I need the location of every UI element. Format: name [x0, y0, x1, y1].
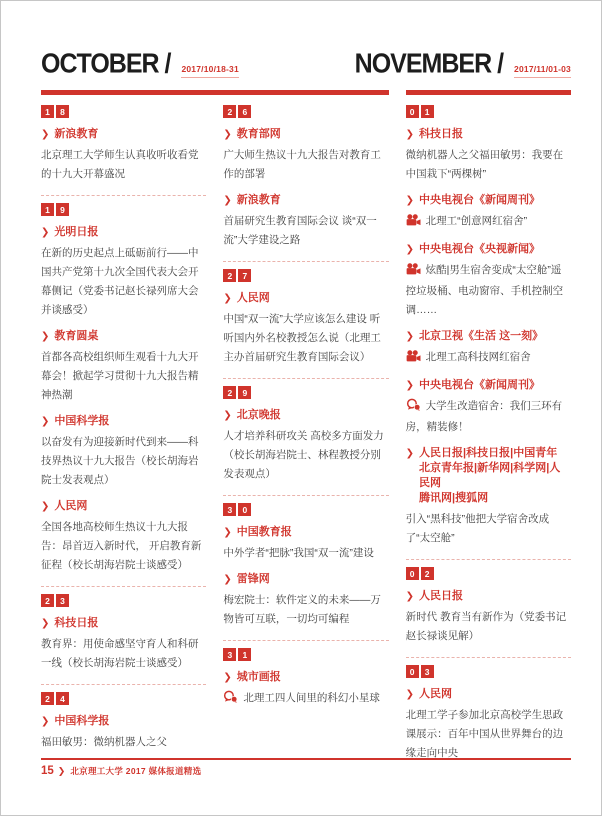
date-badge: 2 3: [41, 594, 206, 607]
october-title: OCTOBER /: [41, 51, 170, 79]
report-entry: 1 9 ❯ 光明日报 在新的历史起点上砥砺前行——中国共产党第十九次全国代表大会…: [41, 203, 206, 320]
report-title: 福田敏男：微纳机器人之父: [41, 733, 206, 752]
october-rule: [41, 90, 389, 95]
month-headers: OCTOBER / 2017/10/18-31 NOVEMBER / 2017/…: [41, 53, 571, 78]
report-entry: 1 8 ❯ 新浪教育 北京理工大学师生认真收听收看党的十九大开幕盛况: [41, 105, 206, 184]
video-camera-icon: [406, 214, 421, 233]
date-digit: 7: [238, 269, 251, 282]
report-title: 梅宏院士：软件定义的未来——万物皆可互联，一切均可编程: [223, 591, 388, 629]
report-entry: ❯ 人民日报|科技日报|中国青年 北京青年报|新华网|科学网|人民网 腾讯网|搜…: [406, 446, 571, 548]
date-digit: 0: [238, 503, 251, 516]
date-digit: 2: [223, 105, 236, 118]
source-name: 科技日报: [54, 616, 98, 631]
chevron-icon: ❯: [41, 414, 49, 429]
report-title: 北京理工大学师生认真收听收看党的十九大开幕盛况: [41, 146, 206, 184]
report-title: 首都各高校组织师生观看十九大开幕会！掀起学习贯彻十九大报告精神热潮: [41, 348, 206, 405]
chevron-icon: ❯: [406, 242, 414, 257]
chevron-icon: ❯: [406, 589, 414, 604]
date-digit: 9: [56, 203, 69, 216]
date-digit: 4: [56, 692, 69, 705]
column-october-1: 1 8 ❯ 新浪教育 北京理工大学师生认真收听收看党的十九大开幕盛况 1 9: [41, 103, 206, 760]
report-entry: 2 9 ❯ 北京晚报 人才培养科研攻关 高校多方面发力（校长胡海岩院士、林程教授…: [223, 386, 388, 484]
entry-separator: [406, 559, 571, 560]
source-label: ❯ 中国科学报: [41, 414, 206, 429]
date-digit: 1: [41, 105, 54, 118]
source-label: ❯ 新浪教育: [41, 127, 206, 142]
entry-separator: [223, 640, 388, 641]
source-label: ❯ 人民日报|科技日报|中国青年 北京青年报|新华网|科学网|人民网 腾讯网|搜…: [406, 446, 571, 506]
chevron-icon: ❯: [41, 616, 49, 631]
header-rules: [41, 90, 571, 95]
date-badge: 3 1: [223, 648, 388, 661]
video-camera-icon: [406, 350, 421, 369]
source-name: 人民日报: [419, 589, 463, 604]
report-entry: 2 7 ❯ 人民网 中国“双一流”大学应该怎么建设 听听国内外名校教授怎么说（北…: [223, 269, 388, 367]
report-entry: 3 0 ❯ 中国教育报 中外学者“把脉”我国“双一流”建设: [223, 503, 388, 563]
magazine-page: OCTOBER / 2017/10/18-31 NOVEMBER / 2017/…: [0, 0, 602, 816]
speech-bubbles-icon: [406, 398, 421, 418]
source-name: 中国科学报: [54, 714, 109, 729]
date-digit: 3: [421, 665, 434, 678]
report-title: 教育界：用使命感坚守育人和科研一线（校长胡海岩院士谈感受）: [41, 635, 206, 673]
report-entry: 0 1 ❯ 科技日报 微纳机器人之父福田敏男：我要在中国栽下“两棵树”: [406, 105, 571, 184]
report-title: 首届研究生教育国际会议 谈“双一流”大学建设之路: [223, 212, 388, 250]
date-badge: 2 7: [223, 269, 388, 282]
chevron-icon: ❯: [41, 127, 49, 142]
source-name: 城市画报: [237, 670, 281, 685]
source-name: 中央电视台《新闻周刊》: [419, 378, 540, 393]
date-badge: 1 9: [41, 203, 206, 216]
date-badge: 1 8: [41, 105, 206, 118]
report-title-text: 北理工四人间里的科幻小星球: [243, 692, 380, 704]
chevron-icon: ❯: [58, 766, 66, 777]
date-badge: 2 4: [41, 692, 206, 705]
date-digit: 2: [223, 269, 236, 282]
entry-separator: [223, 261, 388, 262]
date-badge: 3 0: [223, 503, 388, 516]
report-title: 引入“黑科技”他把大学宿舍改成了“太空舱”: [406, 510, 571, 548]
date-digit: 2: [41, 594, 54, 607]
source-name: 人民网: [419, 687, 452, 702]
source-label: ❯ 中国科学报: [41, 714, 206, 729]
video-camera-icon: [406, 263, 421, 282]
date-digit: 1: [421, 105, 434, 118]
source-label: ❯ 中国教育报: [223, 525, 388, 540]
source-label: ❯ 光明日报: [41, 225, 206, 240]
chevron-icon: ❯: [406, 127, 414, 142]
chevron-icon: ❯: [41, 329, 49, 344]
report-entry: ❯ 中国科学报 以奋发有为迎接新时代到来——科技界热议十九大报告（校长胡海岩院士…: [41, 414, 206, 490]
chevron-icon: ❯: [406, 378, 414, 393]
source-name: 雷锋网: [237, 572, 270, 587]
date-badge: 0 2: [406, 567, 571, 580]
source-line: 腾讯网|搜狐网: [419, 491, 571, 506]
report-title: 全国各地高校师生热议十九大报告：昂首迈入新时代， 开启教育新征程（校长胡海岩院士…: [41, 518, 206, 575]
report-entry: ❯ 中央电视台《央视新闻》 炫酷|男生宿舍变成“太空舱”遥控垃圾桶、电动窗帘、手…: [406, 242, 571, 320]
source-name: 北京晚报: [237, 408, 281, 423]
entry-separator: [41, 195, 206, 196]
chevron-icon: ❯: [406, 687, 414, 702]
report-title: 微纳机器人之父福田敏男：我要在中国栽下“两棵树”: [406, 146, 571, 184]
source-label: ❯ 中央电视台《新闻周刊》: [406, 193, 571, 208]
report-entry: 0 2 ❯ 人民日报 新时代 教育当有新作为（党委书记赵长禄谈见解）: [406, 567, 571, 646]
date-digit: 0: [406, 567, 419, 580]
source-name: 科技日报: [419, 127, 463, 142]
source-name: 中国科学报: [54, 414, 109, 429]
report-title: 炫酷|男生宿舍变成“太空舱”遥控垃圾桶、电动窗帘、手机控制空调……: [406, 261, 571, 320]
date-digit: 1: [238, 648, 251, 661]
report-title: 北理工“创意网红宿舍”: [406, 212, 571, 233]
report-title-text: 北理工高科技网红宿舍: [426, 351, 531, 363]
chevron-icon: ❯: [223, 670, 231, 685]
chevron-icon: ❯: [223, 525, 231, 540]
source-name: 教育圆桌: [54, 329, 98, 344]
report-entry: ❯ 中央电视台《新闻周刊》 北理工“创意网红宿舍”: [406, 193, 571, 233]
report-title-text: 炫酷|男生宿舍变成“太空舱”遥控垃圾桶、电动窗帘、手机控制空调……: [406, 264, 564, 316]
report-entry: ❯ 中央电视台《新闻周刊》 大学生改造宿舍：我们三环有房，精装修！: [406, 378, 571, 437]
report-title-text: 北理工“创意网红宿舍”: [426, 215, 528, 227]
date-digit: 2: [223, 386, 236, 399]
source-label: ❯ 中央电视台《央视新闻》: [406, 242, 571, 257]
date-digit: 9: [238, 386, 251, 399]
source-name: 光明日报: [54, 225, 98, 240]
source-name: 中国教育报: [237, 525, 292, 540]
page-footer: 15 ❯ 北京理工大学 2017 媒体报道精选: [41, 758, 571, 777]
date-digit: 3: [56, 594, 69, 607]
october-header: OCTOBER / 2017/10/18-31: [41, 53, 338, 78]
source-name: 中央电视台《央视新闻》: [419, 242, 540, 257]
chevron-icon: ❯: [41, 499, 49, 514]
november-date-range: 2017/11/01-03: [514, 64, 571, 78]
chevron-icon: ❯: [406, 193, 414, 208]
source-line: 人民日报|科技日报|中国青年: [419, 446, 571, 461]
entry-separator: [41, 586, 206, 587]
chevron-icon: ❯: [223, 291, 231, 306]
report-entry: ❯ 北京卫视《生活 这一刻》 北理工高科技网红宿舍: [406, 329, 571, 369]
source-label: ❯ 人民网: [41, 499, 206, 514]
report-title: 在新的历史起点上砥砺前行——中国共产党第十九次全国代表大会开幕侧记（党委书记赵长…: [41, 244, 206, 320]
report-title: 广大师生热议十九大报告对教育工作的部署: [223, 146, 388, 184]
source-name: 人民网: [237, 291, 270, 306]
report-entry: ❯ 雷锋网 梅宏院士：软件定义的未来——万物皆可互联，一切均可编程: [223, 572, 388, 629]
source-label: ❯ 人民网: [406, 687, 571, 702]
source-label: ❯ 人民网: [223, 291, 388, 306]
report-title: 大学生改造宿舍：我们三环有房，精装修！: [406, 397, 571, 437]
source-label: ❯ 教育部网: [223, 127, 388, 142]
report-title: 北理工四人间里的科幻小星球: [223, 689, 388, 710]
column-october-2: 2 6 ❯ 教育部网 广大师生热议十九大报告对教育工作的部署 ❯ 新浪教育 首届…: [223, 103, 388, 718]
report-title: 新时代 教育当有新作为（党委书记赵长禄谈见解）: [406, 608, 571, 646]
source-name: 新浪教育: [54, 127, 98, 142]
date-digit: 3: [223, 503, 236, 516]
entry-separator: [406, 657, 571, 658]
source-label: ❯ 城市画报: [223, 670, 388, 685]
chevron-icon: ❯: [41, 714, 49, 729]
report-entry: ❯ 教育圆桌 首都各高校组织师生观看十九大开幕会！掀起学习贯彻十九大报告精神热潮: [41, 329, 206, 405]
report-title: 北理工高科技网红宿舍: [406, 348, 571, 369]
report-title: 人才培养科研攻关 高校多方面发力（校长胡海岩院士、林程教授分别发表观点）: [223, 427, 388, 484]
entry-separator: [223, 378, 388, 379]
date-digit: 1: [41, 203, 54, 216]
chevron-icon: ❯: [223, 127, 231, 142]
entry-separator: [223, 495, 388, 496]
report-entry: ❯ 人民网 全国各地高校师生热议十九大报告：昂首迈入新时代， 开启教育新征程（校…: [41, 499, 206, 575]
page-content: OCTOBER / 2017/10/18-31 NOVEMBER / 2017/…: [41, 53, 571, 771]
source-line: 北京青年报|新华网|科学网|人民网: [419, 461, 571, 491]
source-name: 人民日报|科技日报|中国青年 北京青年报|新华网|科学网|人民网 腾讯网|搜狐网: [419, 446, 571, 506]
source-label: ❯ 科技日报: [41, 616, 206, 631]
chevron-icon: ❯: [41, 225, 49, 240]
source-label: ❯ 北京卫视《生活 这一刻》: [406, 329, 571, 344]
date-digit: 2: [41, 692, 54, 705]
source-label: ❯ 中央电视台《新闻周刊》: [406, 378, 571, 393]
date-digit: 8: [56, 105, 69, 118]
november-title: NOVEMBER /: [355, 51, 503, 79]
date-badge: 0 3: [406, 665, 571, 678]
report-entry: 2 6 ❯ 教育部网 广大师生热议十九大报告对教育工作的部署: [223, 105, 388, 184]
chevron-icon: ❯: [223, 572, 231, 587]
report-entry: 2 3 ❯ 科技日报 教育界：用使命感坚守育人和科研一线（校长胡海岩院士谈感受）: [41, 594, 206, 673]
report-title: 中国“双一流”大学应该怎么建设 听听国内外名校教授怎么说（北理工主办首届研究生教…: [223, 310, 388, 367]
column-november: 0 1 ❯ 科技日报 微纳机器人之父福田敏男：我要在中国栽下“两棵树” ❯ 中央…: [406, 103, 571, 771]
date-digit: 0: [406, 665, 419, 678]
chevron-icon: ❯: [406, 446, 414, 506]
date-badge: 0 1: [406, 105, 571, 118]
november-header: NOVEMBER / 2017/11/01-03: [355, 53, 571, 78]
report-title: 中外学者“把脉”我国“双一流”建设: [223, 544, 388, 563]
source-label: ❯ 科技日报: [406, 127, 571, 142]
report-entry: 2 4 ❯ 中国科学报 福田敏男：微纳机器人之父: [41, 692, 206, 752]
source-label: ❯ 教育圆桌: [41, 329, 206, 344]
source-label: ❯ 北京晚报: [223, 408, 388, 423]
chevron-icon: ❯: [223, 408, 231, 423]
source-name: 人民网: [54, 499, 87, 514]
date-digit: 6: [238, 105, 251, 118]
date-badge: 2 9: [223, 386, 388, 399]
report-title: 以奋发有为迎接新时代到来——科技界热议十九大报告（校长胡海岩院士发表观点）: [41, 433, 206, 490]
report-columns: 1 8 ❯ 新浪教育 北京理工大学师生认真收听收看党的十九大开幕盛况 1 9: [41, 103, 571, 771]
report-entry: 0 3 ❯ 人民网 北理工学子参加北京高校学生思政课展示：百年中国从世界舞台的边…: [406, 665, 571, 763]
source-label: ❯ 人民日报: [406, 589, 571, 604]
date-digit: 0: [406, 105, 419, 118]
entry-separator: [41, 684, 206, 685]
date-digit: 3: [223, 648, 236, 661]
chevron-icon: ❯: [406, 329, 414, 344]
footer-text: 北京理工大学 2017 媒体报道精选: [70, 765, 201, 777]
report-entry: ❯ 新浪教育 首届研究生教育国际会议 谈“双一流”大学建设之路: [223, 193, 388, 250]
chevron-icon: ❯: [223, 193, 231, 208]
date-badge: 2 6: [223, 105, 388, 118]
report-title: 北理工学子参加北京高校学生思政课展示：百年中国从世界舞台的边缘走向中央: [406, 706, 571, 763]
report-title-text: 大学生改造宿舍：我们三环有房，精装修！: [406, 400, 563, 433]
source-name: 新浪教育: [237, 193, 281, 208]
source-name: 北京卫视《生活 这一刻》: [419, 329, 543, 344]
november-rule: [406, 90, 571, 95]
source-label: ❯ 新浪教育: [223, 193, 388, 208]
source-name: 中央电视台《新闻周刊》: [419, 193, 540, 208]
source-name: 教育部网: [237, 127, 281, 142]
date-digit: 2: [421, 567, 434, 580]
source-label: ❯ 雷锋网: [223, 572, 388, 587]
speech-bubbles-icon: [223, 690, 238, 710]
page-number: 15: [41, 765, 54, 777]
report-entry: 3 1 ❯ 城市画报 北理工四人间里的科幻小星球: [223, 648, 388, 710]
october-date-range: 2017/10/18-31: [181, 64, 238, 78]
